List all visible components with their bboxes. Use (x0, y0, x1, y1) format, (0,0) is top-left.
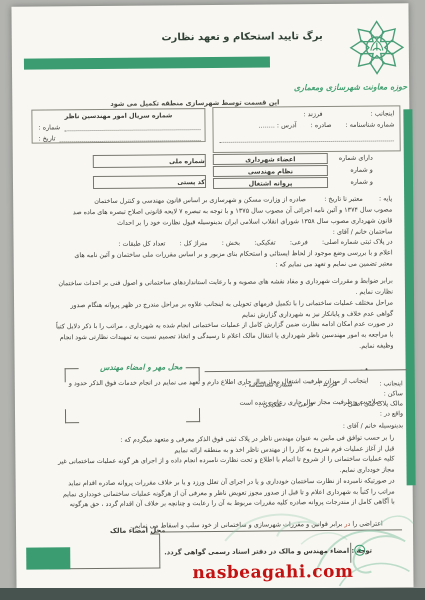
has-number-label: دارای شماره (339, 154, 373, 162)
engineering-org-box: نظام مهندسی (213, 165, 328, 177)
scan-bottom-strip (0, 588, 425, 600)
national-id-box: شماره ملی (93, 154, 206, 168)
serial-box-header: شماره سریال امور مهندسین ناظر (32, 111, 204, 121)
stamp-box-corner (186, 408, 200, 422)
and-number-label-2: و شماره (350, 178, 373, 186)
issued-at-label: صادره : (311, 121, 332, 129)
engineer-stamp-label: محل مهر و امضاء مهندس (97, 362, 186, 372)
owner-partition-label: تفکیکی : (259, 401, 282, 408)
undersigned-label: اینجانب : (371, 109, 395, 117)
owner-signature-box-tick (150, 533, 159, 534)
engineer-paragraph: پایه : معتبر تا تاریخ : صادره از وزارت م… (31, 193, 393, 272)
address-dotted-line (220, 132, 394, 143)
owner-sub-plot-label: فرعی : (294, 401, 314, 408)
form-title: برگ تایید استحکام و تعهد نظارت (161, 31, 322, 43)
stamp-box-corner (65, 409, 79, 423)
scanned-form-page: برگ تایید استحکام و تعهد نظارت حوزه معاو… (11, 3, 413, 590)
postal-code-box: کد پستی (93, 175, 206, 189)
and-number-label-1: و شماره (350, 166, 373, 174)
owner-identity-fields: اینجانب : فرزند : شماره شناسنامه : ساکن … (202, 374, 404, 438)
postal-code-label: کد پستی (171, 178, 205, 186)
municipality-membership-box: اعضاء شهرداری (213, 153, 328, 165)
national-id-label: شماره ملی (163, 157, 205, 165)
child-of-label: فرزند : (304, 110, 323, 118)
serial-date-label: تاریخ : (39, 134, 56, 142)
owner-child-of-label: فرزند : (319, 381, 338, 388)
serial-date-line (59, 133, 200, 142)
tehran-municipality-logo-icon (349, 19, 405, 75)
owner-id-number-label: شماره شناسنامه : (244, 381, 292, 388)
footer-green-block (26, 547, 70, 569)
owner-resident-label: ساکن : (384, 390, 403, 397)
serial-number-label: شماره : (38, 123, 60, 131)
owner-located-label: واقع در : (380, 410, 403, 417)
owner-hereby-label: بدینوسیله خانم / آقای : (343, 422, 403, 430)
header-green-bar (24, 56, 270, 69)
address-label: آدرس : ........ (259, 121, 297, 129)
owner-plot-label: مالک پلاک ثبتی اصلی : (344, 400, 403, 408)
engineer-clauses: برابر ضوابط و مقررات شهرداری و مفاد نقشه… (32, 275, 394, 354)
id-number-label: شماره شناسنامه : (345, 120, 394, 128)
stamp-box-corner (186, 367, 200, 381)
flourish-ornament-faint (221, 504, 351, 550)
department-title: حوزه معاونت شهرسازی ومعماری (294, 82, 407, 92)
side-green-bar (403, 109, 415, 485)
engineer-identity-box: اینجانب : فرزند : شماره شناسنامه : صادره… (212, 105, 400, 153)
engineer-stamp-box: محل مهر و امضاء مهندس (65, 367, 200, 423)
owner-undersigned-label: اینجانب : (379, 380, 403, 387)
work-license-box: پروانه اشتغال (213, 177, 328, 189)
site-watermark: nasbeagahi.com (192, 562, 353, 583)
serial-number-line (64, 122, 200, 131)
stamp-box-corner (65, 368, 79, 382)
serial-number-box: شماره سریال امور مهندسین ناظر شماره : تا… (31, 108, 205, 144)
